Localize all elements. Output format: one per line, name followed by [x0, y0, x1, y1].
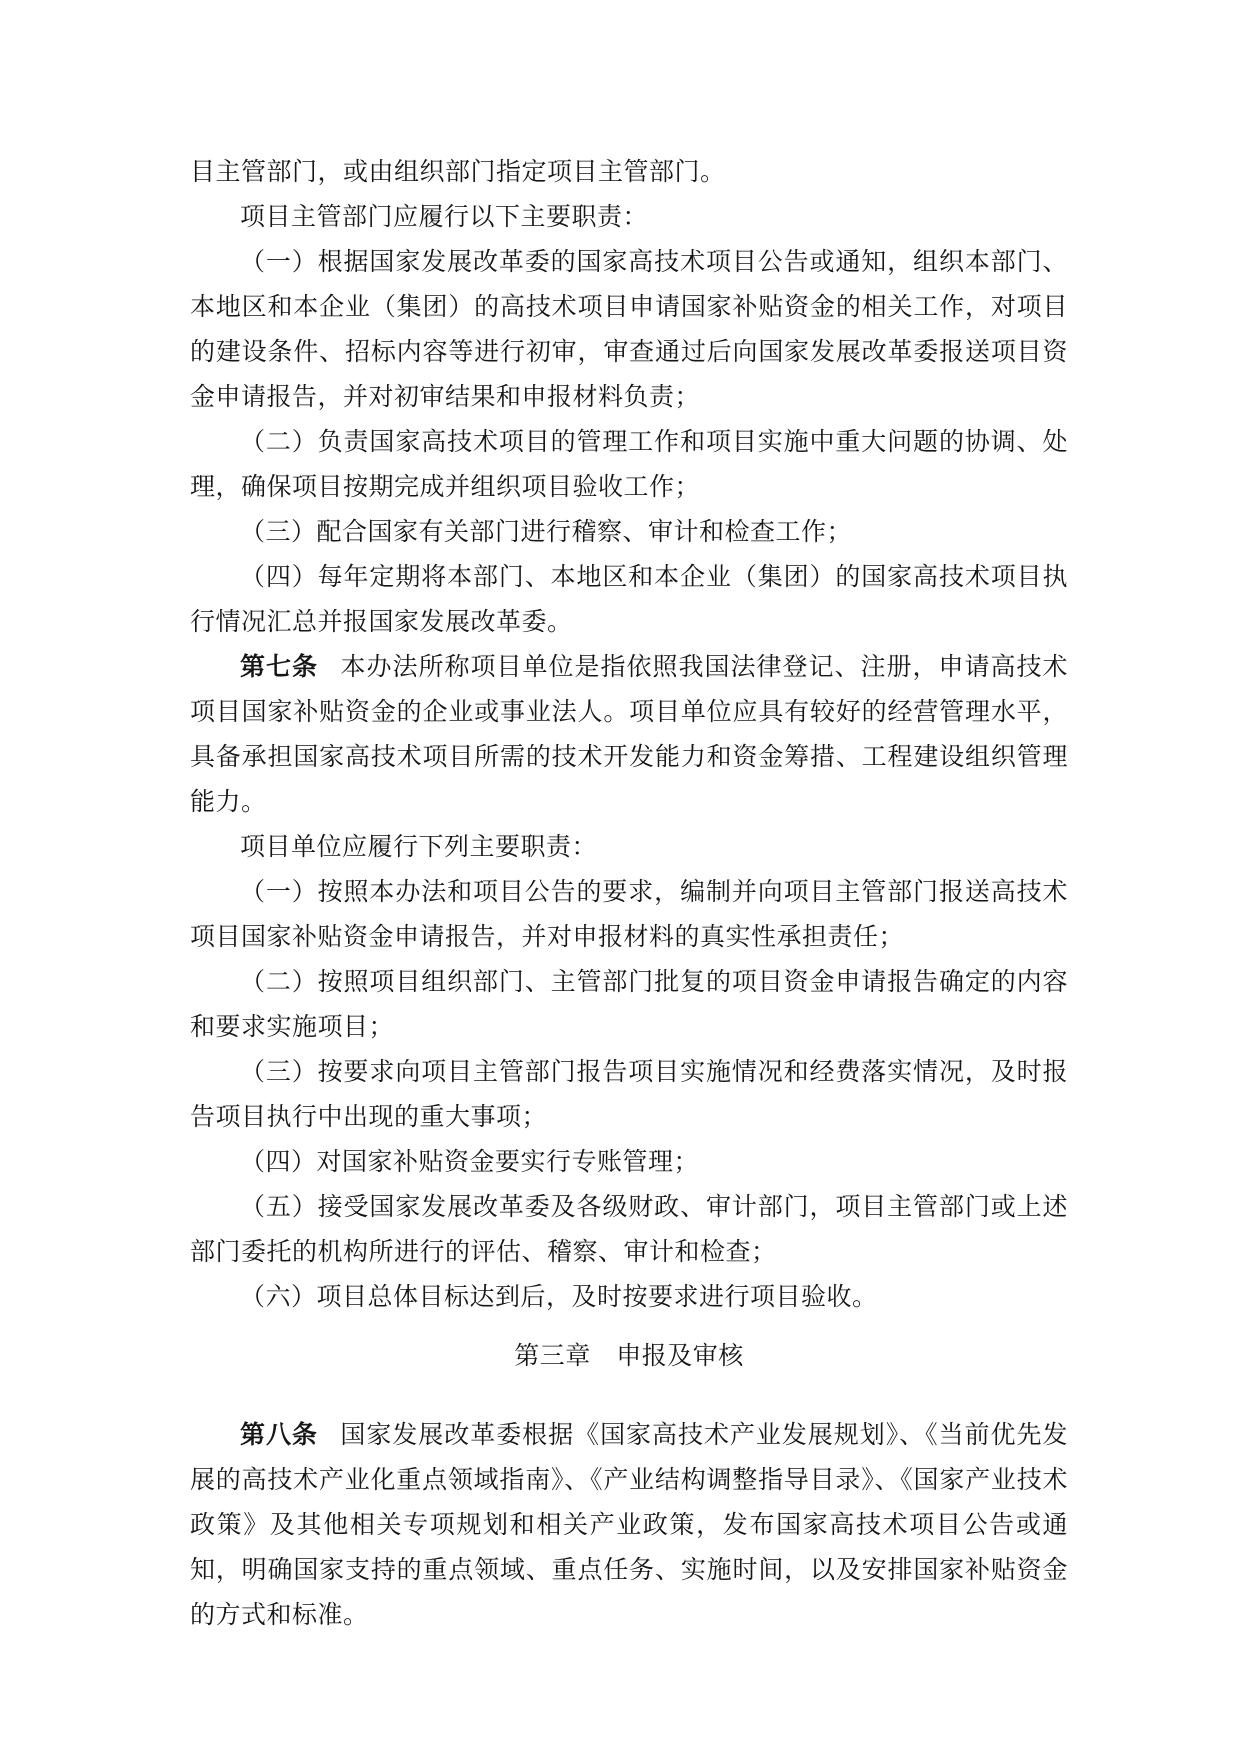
page: 目主管部门，或由组织部门指定项目主管部门。项目主管部门应履行以下主要职责：（一）… [0, 0, 1241, 1754]
body-paragraph: （一）根据国家发展改革委的国家高技术项目公告或通知，组织本部门、本地区和本企业（… [190, 240, 1068, 420]
page-content: 目主管部门，或由组织部门指定项目主管部门。项目主管部门应履行以下主要职责：（一）… [190, 150, 1068, 1638]
body-paragraph: （三）配合国家有关部门进行稽察、审计和检查工作； [190, 510, 1068, 555]
body-paragraph: 第八条国家发展改革委根据《国家高技术产业发展规划》、《当前优先发展的高技术产业化… [190, 1413, 1068, 1638]
body-paragraph: 项目主管部门应履行以下主要职责： [190, 195, 1068, 240]
body-paragraph: （四）每年定期将本部门、本地区和本企业（集团）的国家高技术项目执行情况汇总并报国… [190, 555, 1068, 645]
body-paragraph: （二）按照项目组织部门、主管部门批复的项目资金申请报告确定的内容和要求实施项目； [190, 960, 1068, 1050]
body-paragraph: （二）负责国家高技术项目的管理工作和项目实施中重大问题的协调、处理，确保项目按期… [190, 420, 1068, 510]
article-number: 第七条 [240, 654, 318, 681]
chapter-heading: 第三章 申报及审核 [190, 1334, 1068, 1379]
paragraph-text: 本办法所称项目单位是指依照我国法律登记、注册，申请高技术项目国家补贴资金的企业或… [190, 654, 1068, 816]
article-number: 第八条 [240, 1422, 318, 1449]
body-paragraph: （五）接受国家发展改革委及各级财政、审计部门，项目主管部门或上述部门委托的机构所… [190, 1185, 1068, 1275]
body-paragraph: （一）按照本办法和项目公告的要求，编制并向项目主管部门报送高技术项目国家补贴资金… [190, 870, 1068, 960]
document-page: { "page": { "background": "#ffffff", "te… [0, 0, 1241, 1754]
body-paragraph: （六）项目总体目标达到后，及时按要求进行项目验收。 [190, 1275, 1068, 1320]
paragraph-text: 国家发展改革委根据《国家高技术产业发展规划》、《当前优先发展的高技术产业化重点领… [190, 1422, 1068, 1629]
continuation-paragraph: 目主管部门，或由组织部门指定项目主管部门。 [190, 150, 1068, 195]
body-paragraph: （四）对国家补贴资金要实行专账管理； [190, 1140, 1068, 1185]
body-paragraph: （三）按要求向项目主管部门报告项目实施情况和经费落实情况，及时报告项目执行中出现… [190, 1050, 1068, 1140]
body-paragraph: 第七条本办法所称项目单位是指依照我国法律登记、注册，申请高技术项目国家补贴资金的… [190, 645, 1068, 825]
body-paragraph: 项目单位应履行下列主要职责： [190, 825, 1068, 870]
